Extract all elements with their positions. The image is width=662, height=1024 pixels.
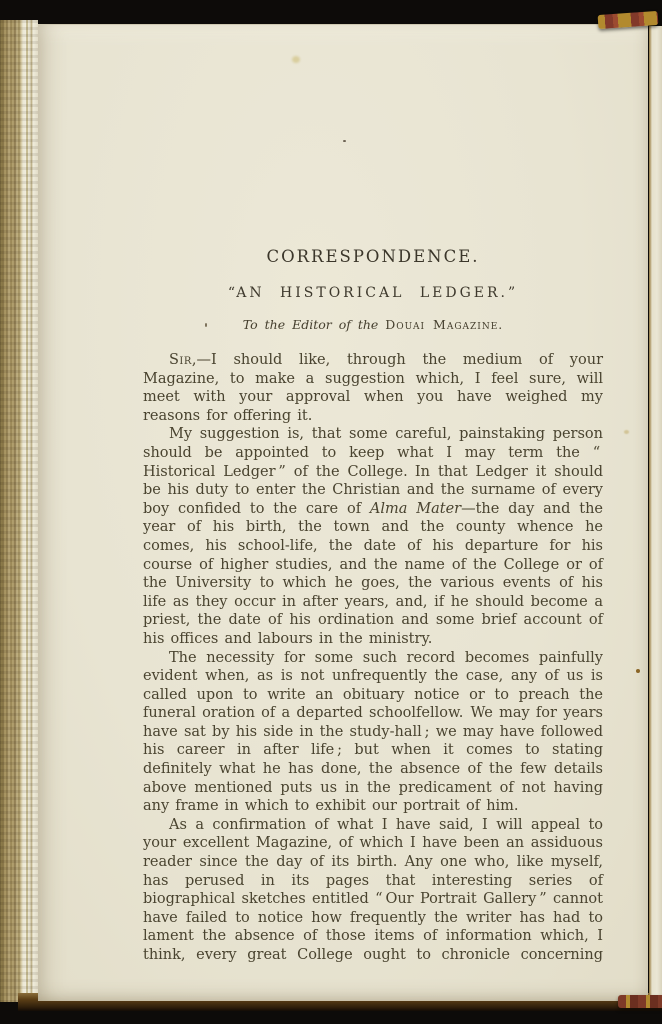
text-run: ,—I should like, through the medium of y… <box>143 352 603 424</box>
foxing-speck <box>636 669 640 673</box>
text-run: As a confirmation of what I have said, I… <box>143 817 603 963</box>
page-subtitle: “AN HISTORICAL LEDGER.” <box>143 285 603 302</box>
next-page-edge <box>649 26 662 1002</box>
text-run: —the day and the year of his birth, the … <box>143 501 603 647</box>
paragraph: As a confirmation of what I have said, I… <box>143 816 603 965</box>
paragraph: Sir,—I should like, through the medium o… <box>143 351 603 425</box>
text-block: CORRESPONDENCE. “AN HISTORICAL LEDGER.” … <box>143 247 603 965</box>
book-page: CORRESPONDENCE. “AN HISTORICAL LEDGER.” … <box>38 24 648 1001</box>
foxing-speck <box>624 430 629 434</box>
small-caps-text: Sir <box>169 352 192 368</box>
endband-bottom <box>618 995 662 1008</box>
paragraph: My suggestion is, that some careful, pai… <box>143 425 603 648</box>
body-text: Sir,—I should like, through the medium o… <box>143 351 603 965</box>
book-photo: CORRESPONDENCE. “AN HISTORICAL LEDGER.” … <box>0 0 662 1024</box>
italic-text: To the Editor of the <box>243 317 386 332</box>
page-stack <box>0 20 38 1002</box>
foxing-speck <box>343 140 346 142</box>
text-run: The necessity for some such record becom… <box>143 650 603 815</box>
foxing-speck <box>205 323 207 327</box>
paragraph: The necessity for some such record becom… <box>143 649 603 816</box>
small-caps-text: Douai Magazine. <box>385 317 503 332</box>
italic-text: Alma Mater <box>370 501 461 517</box>
page-title: CORRESPONDENCE. <box>143 247 603 267</box>
foxing-speck <box>292 56 300 63</box>
byline: To the Editor of the Douai Magazine. <box>143 317 603 333</box>
